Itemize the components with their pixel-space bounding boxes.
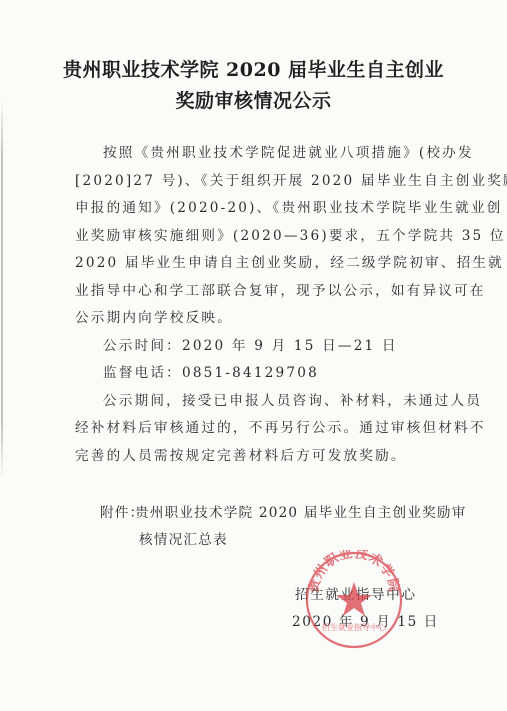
attachment-title-line-1[interactable]: 贵州职业技术学院 2020 届毕业生自主创业奖励审 <box>135 501 467 521</box>
paragraph-line: 按照《贵州职业技术学院促进就业八项措施》(校办发 <box>103 144 427 162</box>
paragraph-line: 公示期间，接受已申报人员咨询、补材料，未通过人员 <box>103 392 427 410</box>
paragraph-line: 完善的人员需按规定完善材料后方可发放奖励。 <box>75 447 427 465</box>
document-title-line-2: 奖励审核情况公示 <box>0 86 507 113</box>
signature-department: 招生就业指导中心 <box>295 583 417 603</box>
paragraph-line: 公示期内向学校反映。 <box>75 309 427 327</box>
paragraph-line: 2020 届毕业生申请自主创业奖励，经二级学院初审、招生就 <box>75 254 427 272</box>
attachment-title-line-2[interactable]: 核情况汇总表 <box>139 528 228 548</box>
document-title-line-1: 贵州职业技术学院 2020 届毕业生自主创业 <box>0 55 507 82</box>
notice-period: 公示时间：2020 年 9 月 15 日—21 日 <box>103 337 427 355</box>
paragraph-line: 经补材料后审核通过的，不再另行公示。通过审核但材料不 <box>75 419 427 437</box>
paragraph-line: 业指导中心和学工部联合复审，现予以公示，如有异议可在 <box>75 282 427 300</box>
signature-date: 2020 年 9 月 15 日 <box>292 610 439 630</box>
supervision-phone: 监督电话：0851-84129708 <box>103 364 427 382</box>
paragraph-line: [2020]27 号)、《关于组织开展 2020 届毕业生自主创业奖励 <box>75 172 427 190</box>
paragraph-line: 业奖励审核实施细则》(2020—36)要求，五个学院共 35 位 <box>75 227 427 245</box>
scan-edge-shadow <box>1 100 3 480</box>
paragraph-line: 申报的通知》(2020-20)、《贵州职业技术学院毕业生就业创 <box>75 199 427 217</box>
